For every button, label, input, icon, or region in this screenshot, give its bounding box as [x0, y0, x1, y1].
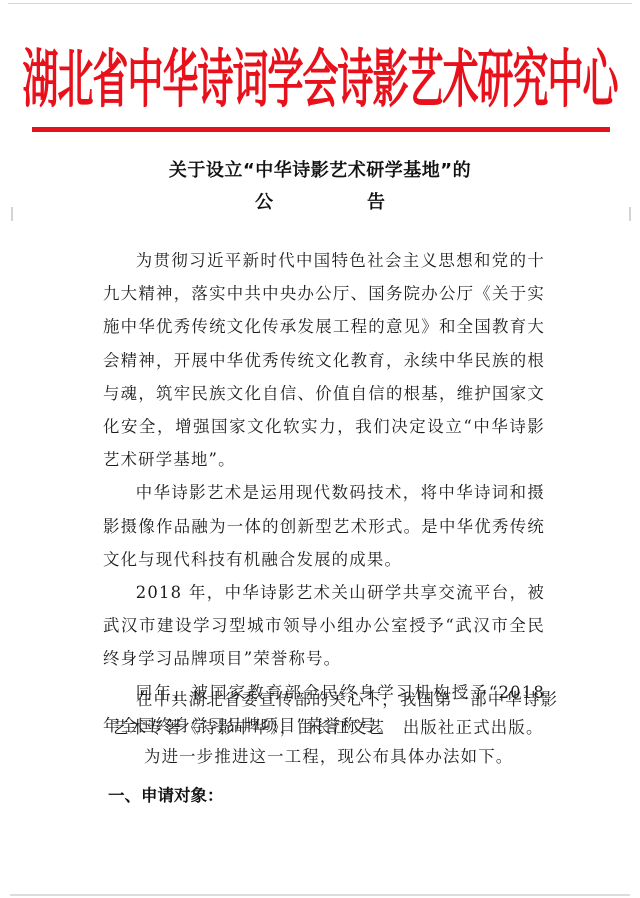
- letterhead-masthead: 湖北省中华诗词学会诗影艺术研究中心: [40, 30, 600, 120]
- document-title: 关于设立“中华诗影艺术研学基地”的: [0, 156, 640, 182]
- paragraph-5-line-1: 在中共湖北省委宣传部的关心下，我国第一部中华诗影: [136, 686, 558, 710]
- document-body: 为贯彻习近平新时代中国特色社会主义思想和党的十九大精神，落实中共中央办公厅、国务…: [103, 244, 545, 742]
- subtitle-char-1: 公: [255, 188, 273, 214]
- paragraph-3: 2018 年，中华诗影艺术关山研学共享交流平台，被武汉市建设学习型城市领导小组办…: [103, 576, 545, 676]
- page-bottom-edge: [10, 894, 630, 896]
- organization-name: 湖北省中华诗词学会诗影艺术研究中心: [23, 30, 618, 119]
- paragraph-5-line-2: 艺术专著《诗影中华》，由长江文艺 出版社正式出版。: [112, 714, 544, 738]
- paragraph-6: 为进一步推进这一工程，现公布具体办法如下。: [144, 743, 513, 767]
- page-top-edge: [8, 3, 632, 4]
- subtitle-char-2: 告: [367, 188, 385, 214]
- letterhead-red-rule: [32, 127, 610, 132]
- section-heading-1: 一、申请对象：: [108, 782, 224, 806]
- paragraph-1: 为贯彻习近平新时代中国特色社会主义思想和党的十九大精神，落实中共中央办公厅、国务…: [103, 244, 545, 476]
- paragraph-2: 中华诗影艺术是运用现代数码技术，将中华诗词和摄影摄像作品融为一体的创新型艺术形式…: [103, 476, 545, 576]
- document-subtitle: 公告: [0, 188, 640, 214]
